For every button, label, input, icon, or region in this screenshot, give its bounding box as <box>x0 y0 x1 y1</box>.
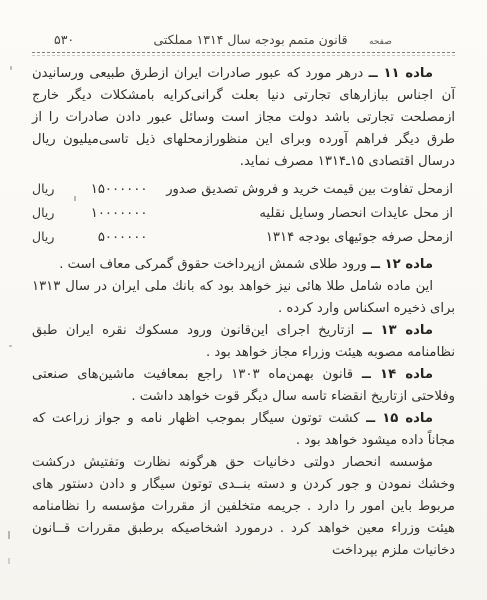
ledger-label: ازمحل تفاوت بین قیمت خرید و فروش تصدیق ص… <box>166 179 455 201</box>
page-label: صفحه <box>369 37 455 47</box>
closing-paragraph-text: مؤسسه انحصار دولتی دخانیات حق هرگونه نظا… <box>32 455 455 558</box>
ledger-amount-value: ۱۵۰۰۰۰۰۰ <box>63 179 147 201</box>
article-11-label: ماده ۱۱ ــ <box>369 66 433 81</box>
document-body: ماده ۱۱ ــ درهر مورد که عبور صادرات ایرا… <box>32 63 455 562</box>
scan-speck <box>8 558 10 564</box>
article-12-note-text: این ماده شامل طلا هائی نیز خواهد بود که … <box>32 279 455 316</box>
article-13-label: ماده ۱۳ ــ <box>363 323 433 338</box>
ledger-amount-unit: ریال <box>32 178 54 200</box>
ledger-amount-unit: ریال <box>32 202 54 224</box>
table-row: از محل عایدات انحصار وسایل نقلیه ۱۰۰۰۰۰۰… <box>32 202 455 226</box>
header-rule <box>32 52 455 56</box>
ledger-amount: ۱۵۰۰۰۰۰۰ ریال <box>32 178 147 201</box>
scan-speck <box>8 531 10 539</box>
ledger-label: از محل عایدات انحصار وسایل نقلیه <box>259 203 455 225</box>
article-14-paragraph: ماده ۱۴ ــ قانون بهمن‌ماه ۱۳۰۳ راجع بمعا… <box>32 364 455 408</box>
table-row: ازمحل تفاوت بین قیمت خرید و فروش تصدیق ص… <box>32 178 455 202</box>
ledger-label: ازمحل صرفه جوئیهای بودجه ۱۳۱۴ <box>266 227 455 249</box>
article-11-text: درهر مورد که عبور صادرات ایران ازطرق طبی… <box>32 66 455 169</box>
ledger-amount: ۱۰۰۰۰۰۰۰ ریال <box>32 202 147 225</box>
article-12-note-paragraph: این ماده شامل طلا هائی نیز خواهد بود که … <box>32 276 455 320</box>
article-11-paragraph: ماده ۱۱ ــ درهر مورد که عبور صادرات ایرا… <box>32 63 455 173</box>
table-row: ازمحل صرفه جوئیهای بودجه ۱۳۱۴ ۵۰۰۰۰۰۰ ری… <box>32 226 455 250</box>
article-13-paragraph: ماده ۱۳ ــ ازتاریخ اجرای این‌قانون ورود … <box>32 320 455 364</box>
article-12-paragraph: ماده ۱۲ ــ ورود طلای شمش ازپرداخت حقوق گ… <box>32 254 455 276</box>
article-15-label: ماده ۱۵ ــ <box>366 411 433 426</box>
article-15-paragraph: ماده ۱۵ ــ کشت توتون سیگار بموجب اظهار ن… <box>32 408 455 452</box>
article-14-label: ماده ۱۴ ــ <box>362 367 433 382</box>
page-title: قانون متمم بودجه سال ۱۳۱۴ مملکتی <box>132 32 369 47</box>
scan-speck <box>9 345 12 347</box>
page-number: ۵۳۰ <box>32 32 132 47</box>
scan-speck <box>74 196 76 201</box>
scan-speck <box>10 66 12 70</box>
article-12-text: ورود طلای شمش ازپرداخت حقوق گمرکی معاف ا… <box>59 257 367 272</box>
closing-paragraph: مؤسسه انحصار دولتی دخانیات حق هرگونه نظا… <box>32 452 455 562</box>
document-page: ۵۳۰ قانون متمم بودجه سال ۱۳۱۴ مملکتی صفح… <box>0 0 487 600</box>
ledger-amount: ۵۰۰۰۰۰۰ ریال <box>32 226 147 249</box>
scan-speck <box>78 480 80 483</box>
ledger-amount-unit: ریال <box>32 226 54 248</box>
page-header: ۵۳۰ قانون متمم بودجه سال ۱۳۱۴ مملکتی صفح… <box>32 0 455 47</box>
funding-sources-table: ازمحل تفاوت بین قیمت خرید و فروش تصدیق ص… <box>32 178 455 250</box>
ledger-amount-value: ۵۰۰۰۰۰۰ <box>63 227 147 249</box>
ledger-amount-value: ۱۰۰۰۰۰۰۰ <box>63 203 147 225</box>
article-12-label: ماده ۱۲ ــ <box>371 257 433 272</box>
